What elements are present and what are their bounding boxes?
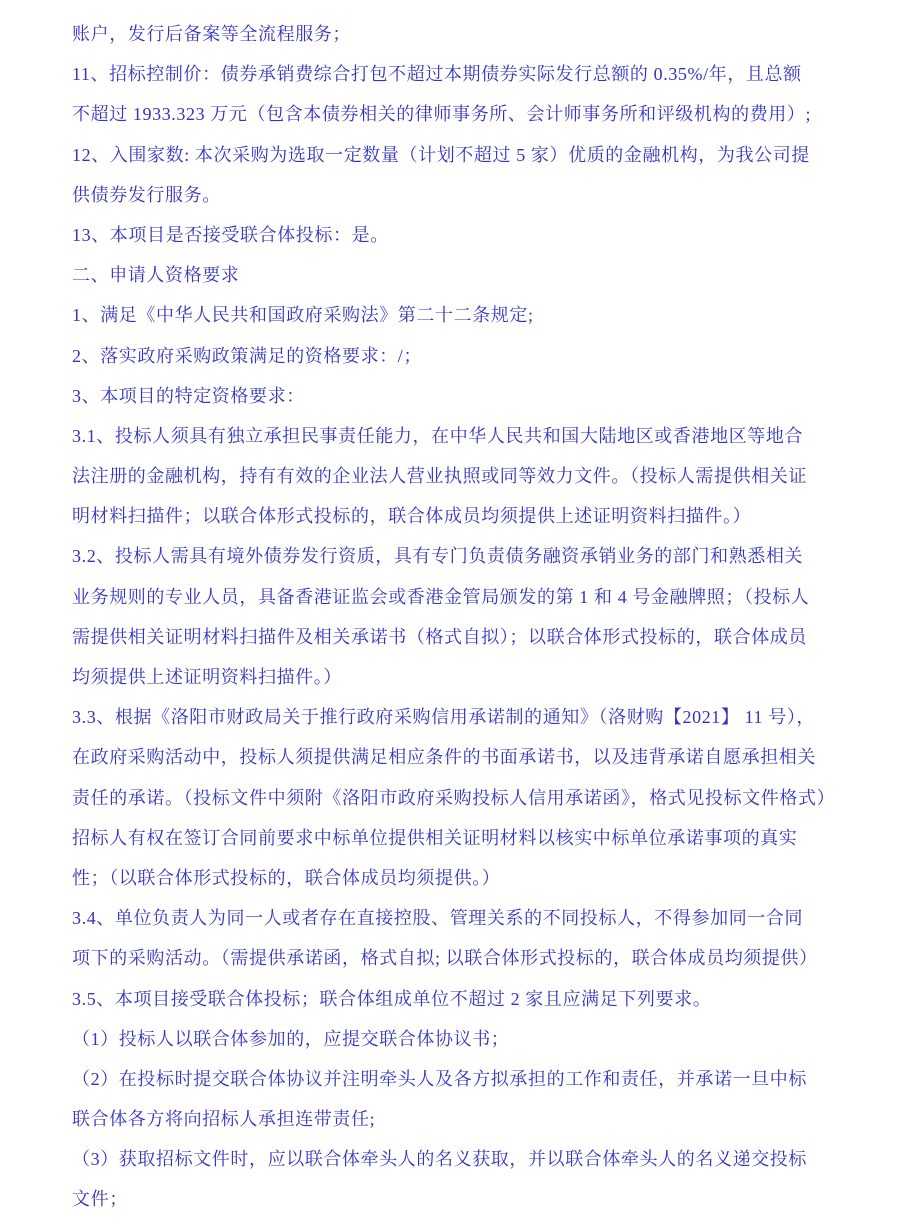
doc-line: 3.2、投标人需具有境外债券发行资质，具有专门负责债务融资承销业务的部门和熟悉相…: [72, 536, 832, 576]
doc-line: 3.3、根据《洛阳市财政局关于推行政府采购信用承诺制的通知》（洛财购【2021】…: [72, 697, 832, 737]
doc-line: 3.5、本项目接受联合体投标；联合体组成单位不超过 2 家且应满足下列要求。: [72, 979, 832, 1019]
doc-line: 均须提供上述证明资料扫描件。）: [72, 657, 832, 697]
doc-line: 不超过 1933.323 万元（包含本债券相关的律师事务所、会计师事务所和评级机…: [72, 94, 832, 134]
document-body: 账户，发行后备案等全流程服务； 11、招标控制价：债券承销费综合打包不超过本期债…: [72, 14, 832, 1220]
doc-line: 账户，发行后备案等全流程服务；: [72, 14, 832, 54]
doc-line: 需提供相关证明材料扫描件及相关承诺书（格式自拟）；以联合体形式投标的，联合体成员: [72, 617, 832, 657]
doc-line: 在政府采购活动中，投标人须提供满足相应条件的书面承诺书，以及违背承诺自愿承担相关: [72, 737, 832, 777]
doc-line: 供债券发行服务。: [72, 175, 832, 215]
doc-line: 招标人有权在签订合同前要求中标单位提供相关证明材料以核实中标单位承诺事项的真实: [72, 818, 832, 858]
doc-line: 联合体各方将向招标人承担连带责任;: [72, 1099, 832, 1139]
doc-line: （3）获取招标文件时，应以联合体牵头人的名义获取，并以联合体牵头人的名义递交投标: [72, 1139, 832, 1179]
doc-line: 性；（以联合体形式投标的，联合体成员均须提供。）: [72, 858, 832, 898]
doc-line: （1）投标人以联合体参加的，应提交联合体协议书；: [72, 1019, 832, 1059]
doc-line: 3、本项目的特定资格要求：: [72, 376, 832, 416]
doc-line: 文件；: [72, 1179, 832, 1219]
doc-line: 法注册的金融机构，持有有效的企业法人营业执照或同等效力文件。（投标人需提供相关证: [72, 456, 832, 496]
doc-line: 3.1、投标人须具有独立承担民事责任能力，在中华人民共和国大陆地区或香港地区等地…: [72, 416, 832, 456]
doc-line: 2、落实政府采购政策满足的资格要求：/；: [72, 336, 832, 376]
doc-line: 明材料扫描件；以联合体形式投标的，联合体成员均须提供上述证明资料扫描件。）: [72, 496, 832, 536]
doc-line: 项下的采购活动。（需提供承诺函，格式自拟; 以联合体形式投标的，联合体成员均须提…: [72, 938, 832, 978]
doc-section-heading: 二、申请人资格要求: [72, 255, 832, 295]
doc-line: 12、入围家数: 本次采购为选取一定数量（计划不超过 5 家）优质的金融机构，为…: [72, 135, 832, 175]
doc-line: 11、招标控制价：债券承销费综合打包不超过本期债券实际发行总额的 0.35%/年…: [72, 54, 832, 94]
doc-line: 1、满足《中华人民共和国政府采购法》第二十二条规定;: [72, 295, 832, 335]
doc-line: 3.4、单位负责人为同一人或者存在直接控股、管理关系的不同投标人，不得参加同一合…: [72, 898, 832, 938]
doc-line: （2）在投标时提交联合体协议并注明牵头人及各方拟承担的工作和责任，并承诺一旦中标: [72, 1059, 832, 1099]
document-page: 账户，发行后备案等全流程服务； 11、招标控制价：债券承销费综合打包不超过本期债…: [0, 0, 904, 1225]
doc-line: 业务规则的专业人员，具备香港证监会或香港金管局颁发的第 1 和 4 号金融牌照；…: [72, 577, 832, 617]
doc-line: 13、本项目是否接受联合体投标：是。: [72, 215, 832, 255]
doc-line: 责任的承诺。（投标文件中须附《洛阳市政府采购投标人信用承诺函》，格式见投标文件格…: [72, 778, 832, 818]
